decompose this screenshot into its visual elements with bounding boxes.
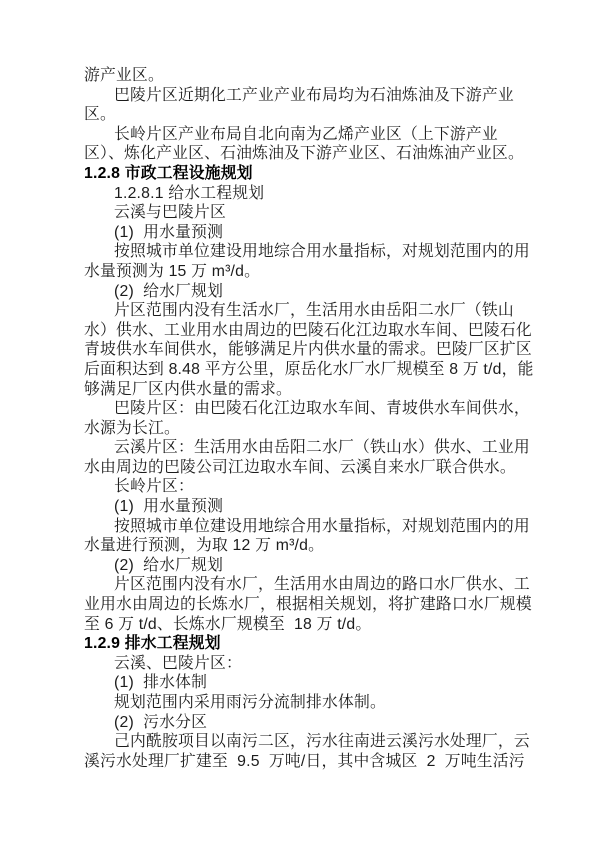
text-line: 青坡供水车间供水，能够满足片内供水量的需求。巴陵厂区扩区 bbox=[84, 340, 531, 360]
page-content: 游产业区。 巴陵片区近期化工产业产业布局均为石油炼油及下游产业 区。 长岭片区产… bbox=[0, 0, 611, 771]
text-line: 按照城市单位建设用地综合用水量指标，对规划范围内的用 bbox=[84, 242, 531, 262]
list-item-1-water-demand-forecast: (1) 用水量预测 bbox=[84, 223, 531, 243]
document-page: 游产业区。 巴陵片区近期化工产业产业布局均为石油炼油及下游产业 区。 长岭片区产… bbox=[0, 0, 611, 865]
text-line: 按照城市单位建设用地综合用水量指标，对规划范围内的用 bbox=[84, 517, 531, 537]
list-item-2-waterworks-planning: (2) 给水厂规划 bbox=[84, 282, 531, 302]
list-item-1-drainage-system: (1) 排水体制 bbox=[84, 673, 531, 693]
text-line: 巴陵片区：由巴陵石化江边取水车间、青坡供水车间供水， bbox=[84, 399, 531, 419]
list-item-2-sewage-zoning: (2) 污水分区 bbox=[84, 713, 531, 733]
text-line: 区。 bbox=[84, 105, 531, 125]
text-line: 水）供水、工业用水由周边的巴陵石化江边取水车间、巴陵石化 bbox=[84, 321, 531, 341]
text-line: 云溪与巴陵片区 bbox=[84, 203, 531, 223]
text-line: 水量进行预测，为取 12 万 m³/d。 bbox=[84, 536, 531, 556]
list-item-2-waterworks-planning: (2) 给水厂规划 bbox=[84, 556, 531, 576]
text-line: 片区范围内没有水厂，生活用水由周边的路口水厂供水、工 bbox=[84, 575, 531, 595]
text-line: 至 6 万 t/d、长炼水厂规模至 18 万 t/d。 bbox=[84, 615, 531, 635]
heading-1-2-9-drainage-engineering-planning: 1.2.9 排水工程规划 bbox=[84, 634, 531, 654]
list-item-1-water-demand-forecast: (1) 用水量预测 bbox=[84, 497, 531, 517]
text-line: 己内酰胺项目以南污二区，污水往南进云溪污水处理厂，云 bbox=[84, 732, 531, 752]
text-line: 够满足厂区内供水量的需求。 bbox=[84, 380, 531, 400]
text-line: 游产业区。 bbox=[84, 66, 531, 86]
text-line: 巴陵片区近期化工产业产业布局均为石油炼油及下游产业 bbox=[84, 86, 531, 106]
text-line: 水量预测为 15 万 m³/d。 bbox=[84, 262, 531, 282]
text-line: 云溪、巴陵片区： bbox=[84, 654, 531, 674]
text-line: 云溪片区：生活用水由岳阳二水厂（铁山水）供水、工业用 bbox=[84, 438, 531, 458]
text-line: 区）、炼化产业区、石油炼油及下游产业区、石油炼油产业区。 bbox=[84, 144, 531, 164]
text-line: 片区范围内没有生活水厂，生活用水由岳阳二水厂（铁山 bbox=[84, 301, 531, 321]
text-line: 业用水由周边的长炼水厂，根据相关规划，将扩建路口水厂规模 bbox=[84, 595, 531, 615]
heading-1-2-8-municipal-engineering-planning: 1.2.8 市政工程设施规划 bbox=[84, 164, 531, 184]
text-line: 规划范围内采用雨污分流制排水体制。 bbox=[84, 693, 531, 713]
text-line: 水源为长江。 bbox=[84, 419, 531, 439]
text-line: 长岭片区产业布局自北向南为乙烯产业区（上下游产业 bbox=[84, 125, 531, 145]
text-line: 溪污水处理厂扩建至 9.5 万吨/日，其中含城区 2 万吨生活污 bbox=[84, 752, 531, 772]
text-line: 长岭片区： bbox=[84, 477, 531, 497]
subheading-1-2-8-1-water-supply-planning: 1.2.8.1 给水工程规划 bbox=[84, 184, 531, 204]
text-line: 后面积达到 8.48 平方公里，原岳化水厂水厂规模至 8 万 t/d，能 bbox=[84, 360, 531, 380]
text-line: 水由周边的巴陵公司江边取水车间、云溪自来水厂联合供水。 bbox=[84, 458, 531, 478]
